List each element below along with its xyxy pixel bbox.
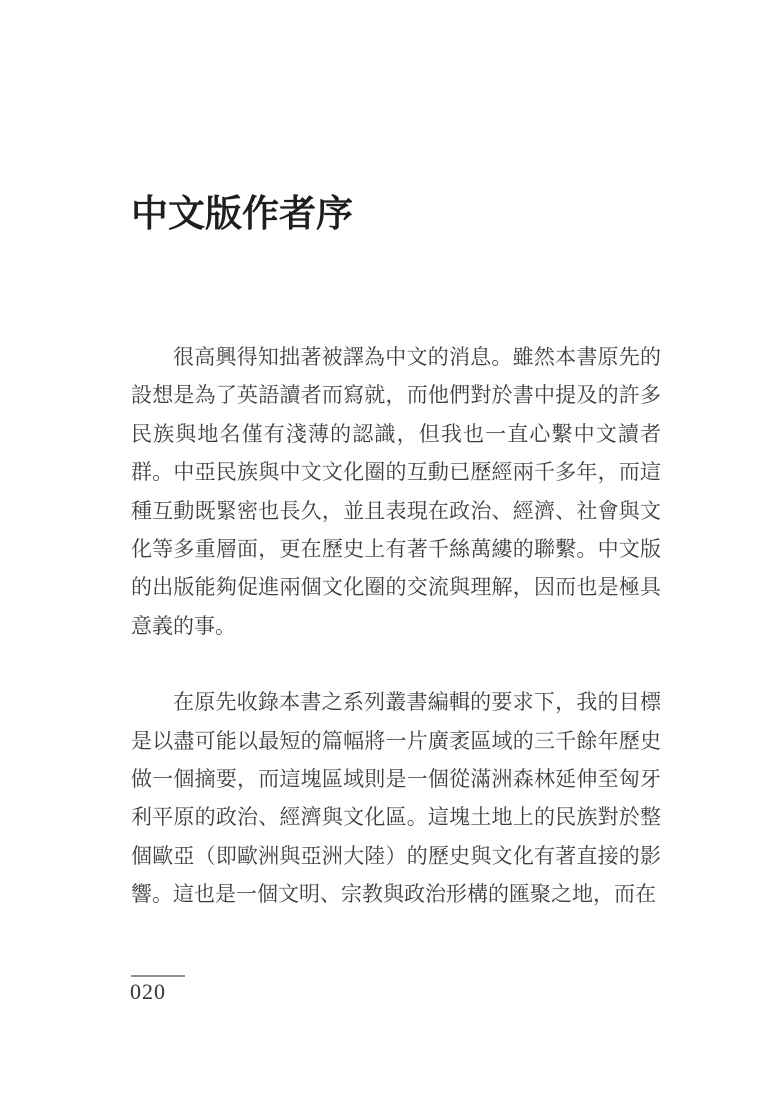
body-text: 很高興得知拙著被譯為中文的消息。雖然本書原先的設想是為了英語讀者而寫就，而他們對… [131,338,661,914]
book-page: 中文版作者序 很高興得知拙著被譯為中文的消息。雖然本書原先的設想是為了英語讀者而… [0,0,784,1100]
page-number: 020 [130,980,166,1004]
footer-divider [131,975,185,977]
chapter-title: 中文版作者序 [131,196,353,233]
paragraph-2: 在原先收錄本書之系列叢書編輯的要求下，我的目標是以盡可能以最短的篇幅將一片廣袤區… [131,683,661,913]
paragraph-1: 很高興得知拙著被譯為中文的消息。雖然本書原先的設想是為了英語讀者而寫就，而他們對… [131,338,661,645]
